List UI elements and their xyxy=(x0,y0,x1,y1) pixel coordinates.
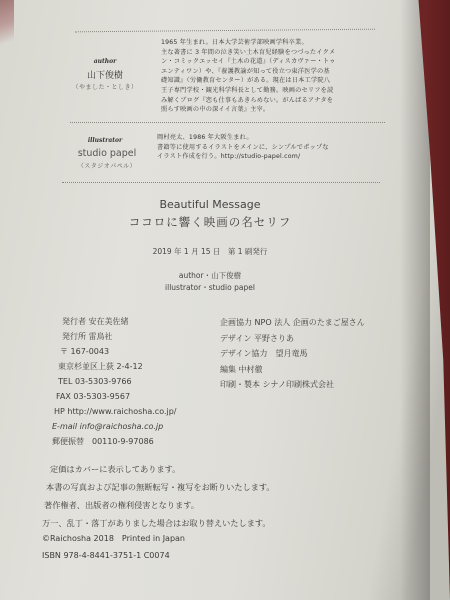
author-name: 山下俊樹 xyxy=(70,68,140,81)
divider-bottom xyxy=(62,182,380,183)
price-notice: 定価はカバーに表示してあります。 xyxy=(42,462,275,477)
staff-credits: 企画協力 NPO 法人 企画のたまご屋さん デザイン 平野さりあ デザイン協力 … xyxy=(220,315,365,393)
author-bio: 1965 年生まれ。日本大学芸術学部映画学科卒業。 主な著書に 3 年間の泣き笑… xyxy=(161,38,391,115)
illustrator-bio: 岡村亮太、1986 年大阪生まれ。 書籍等に使用するイラストをメインに、シンプル… xyxy=(157,133,397,162)
publisher-info: 発行者 安在美佐緒 発行所 雷鳥社 〒 167-0043 東京杉並区上荻 2-4… xyxy=(58,314,176,449)
isbn: ISBN 978-4-8441-3751-1 C0074 xyxy=(42,548,275,563)
editor: 編集 中村徹 xyxy=(220,362,365,378)
edition-date: 2019 年 1 月 15 日 第 1 刷発行 xyxy=(0,246,435,257)
book-title-jp: ココロに響く映画の名セリフ xyxy=(0,214,435,230)
replacement-notice: 万一、乱丁・落丁がありました場合はお取り替えいたします。 xyxy=(42,516,275,531)
book-title-en: Beautiful Message xyxy=(0,198,435,211)
author-role-label: author xyxy=(70,58,140,65)
fax: FAX 03-5303-9567 xyxy=(56,389,176,404)
email-link[interactable]: E-mail info@raichosha.co.jp xyxy=(52,419,176,434)
divider-middle xyxy=(70,122,385,123)
design: デザイン 平野さりあ xyxy=(220,331,365,347)
illustrator-name: studio papel xyxy=(62,148,152,159)
legal-notices: 定価はカバーに表示してあります。 本書の写真および記事の無断転写・複写をお断りい… xyxy=(42,462,275,563)
author-reading: （やました・としき） xyxy=(60,82,150,91)
copy-notice: 本書の写真および記事の無断転写・複写をお断りいたします。 xyxy=(42,480,275,495)
copyright: ©Raichosha 2018 Printed in Japan xyxy=(42,531,275,546)
phone: TEL 03-5303-9766 xyxy=(58,374,176,389)
homepage-link[interactable]: HP http://www.raichosha.co.jp/ xyxy=(54,404,176,419)
rights-notice: 著作権者、出版者の権利侵害となります。 xyxy=(42,498,275,513)
publisher-person: 発行者 安在美佐緒 xyxy=(58,314,176,329)
cover-edge-left xyxy=(0,0,14,60)
address: 東京杉並区上荻 2-4-12 xyxy=(58,359,176,374)
illustrator-credit: illustrator・studio papel xyxy=(0,282,435,293)
illustrator-role-label: illustrator xyxy=(70,137,140,144)
publisher-company: 発行所 雷鳥社 xyxy=(58,329,176,344)
postal-transfer: 郵便振替 00110-9-97086 xyxy=(52,434,176,449)
planning-cooperation: 企画協力 NPO 法人 企画のたまご屋さん xyxy=(220,315,365,331)
design-cooperation: デザイン協力 望月竜馬 xyxy=(220,346,365,362)
illustrator-reading: （スタジオパペル） xyxy=(62,161,152,170)
author-credit: author・山下俊樹 xyxy=(0,270,435,281)
printing: 印刷・製本 シナノ印刷株式会社 xyxy=(220,377,365,393)
postal-code: 〒 167-0043 xyxy=(58,344,176,359)
